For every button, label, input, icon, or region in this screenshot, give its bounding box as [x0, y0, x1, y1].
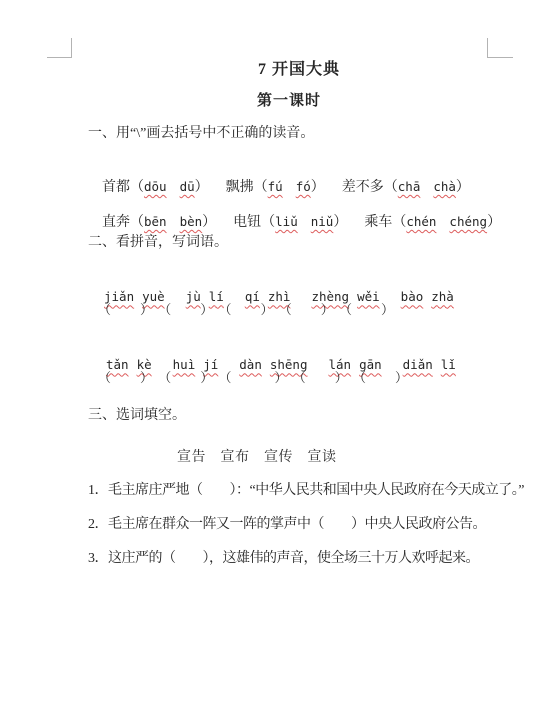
- pinyin-syllable: bào: [401, 289, 424, 304]
- pinyin-option: fú: [268, 179, 283, 194]
- pinyin-word: bàozhà: [401, 288, 454, 305]
- choice-word: 首都: [102, 180, 130, 195]
- doc-title: 7 开国大典: [0, 61, 554, 79]
- pinyin-word: diǎnlǐ: [403, 356, 456, 373]
- paren-open: （: [130, 180, 144, 195]
- choice-word: 差不多: [342, 180, 384, 195]
- paren-close: ）: [333, 215, 347, 230]
- pinyin-choice-item: 飘拂（fúfó）: [226, 180, 325, 195]
- section-three-heading: 三、选词填空。: [88, 408, 186, 424]
- pinyin-option: dōu: [144, 179, 167, 194]
- fill-blank-sentence-1: 1．毛主席庄严地（ ）：“中华人民共和国中央人民政府在今天成立了。”: [88, 483, 524, 499]
- pinyin-option: bēn: [144, 214, 167, 229]
- paren-open: （: [384, 180, 398, 195]
- section-one-heading: 一、用“\”画去括号中不正确的读音。: [88, 126, 314, 142]
- choice-word: 直奔: [102, 215, 130, 230]
- paren-close: ）: [311, 180, 325, 195]
- pinyin-choice-item: 差不多（chāchà）: [342, 180, 470, 195]
- pinyin-option: liǔ: [275, 214, 298, 229]
- pinyin-option: chén: [406, 214, 436, 229]
- pinyin-syllable: zhà: [431, 289, 454, 304]
- pinyin-choice-item: 电钮（liǔniǔ）: [233, 215, 347, 230]
- pinyin-syllable: lǐ: [441, 357, 456, 372]
- pinyin-option: chā: [398, 179, 421, 194]
- pinyin-option: dū: [180, 179, 195, 194]
- paren-open: （: [392, 215, 406, 230]
- paren-close: ）: [456, 180, 470, 195]
- margin-crop-mark-top-left: [47, 38, 72, 58]
- choice-word: 电钮: [233, 215, 261, 230]
- paren-close: ）: [202, 215, 216, 230]
- pinyin-option: bèn: [180, 214, 203, 229]
- paren-close: ）: [487, 215, 501, 230]
- word-bank: 宣告 宣布 宣传 宣读: [177, 450, 337, 466]
- worksheet-page: 7 开国大典 第一课时 一、用“\”画去括号中不正确的读音。 首都（dōudū）…: [0, 0, 554, 705]
- paren-open: （: [261, 215, 275, 230]
- section-two-heading: 二、看拼音，写词语。: [88, 235, 228, 251]
- paren-open: （: [254, 180, 268, 195]
- pinyin-choice-item: 乘车（chénchéng）: [364, 215, 501, 230]
- answer-brackets-row-1: （ ） （ ） （ ） （ ） （ ）: [98, 303, 395, 318]
- margin-crop-mark-top-right: [487, 38, 513, 58]
- pinyin-option: fó: [296, 179, 311, 194]
- pinyin-option: niǔ: [311, 214, 334, 229]
- pinyin-choice-item: 首都（dōudū）: [102, 180, 209, 195]
- doc-subtitle: 第一课时: [0, 93, 554, 110]
- choice-word: 乘车: [364, 215, 392, 230]
- paren-close: ）: [195, 180, 209, 195]
- paren-open: （: [130, 215, 144, 230]
- answer-brackets-row-2: （ ） （ ） （ ） （ ） （ ）: [98, 371, 409, 386]
- fill-blank-sentence-3: 3．这庄严的（ ），这雄伟的声音，使全场三十万人欢呼起来。: [88, 551, 479, 567]
- pinyin-option: chà: [433, 179, 456, 194]
- fill-blank-sentence-2: 2．毛主席在群众一阵又一阵的掌声中（ ）中央人民政府公告。: [88, 517, 486, 533]
- pinyin-option: chéng: [449, 214, 487, 229]
- pinyin-choice-item: 直奔（bēnbèn）: [102, 215, 216, 230]
- choice-word: 飘拂: [226, 180, 254, 195]
